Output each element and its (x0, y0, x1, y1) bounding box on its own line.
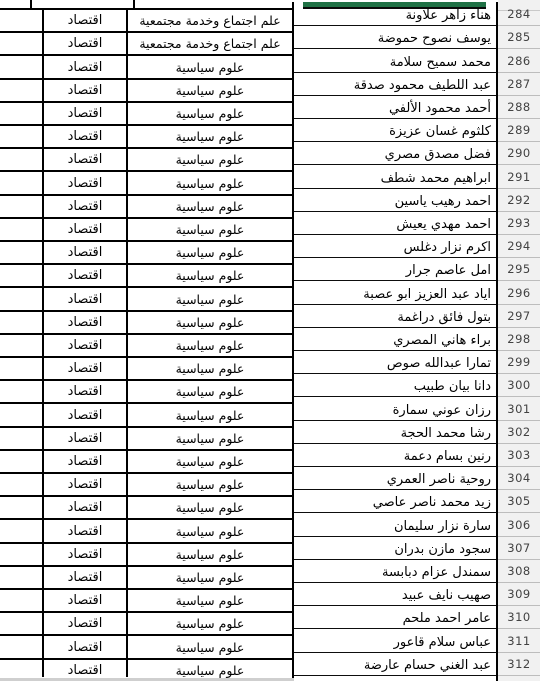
grid-line-horizontal (0, 333, 294, 335)
cell-empty[interactable] (0, 286, 42, 309)
cell-major[interactable]: علوم سياسية (128, 402, 292, 425)
cell-empty[interactable] (0, 634, 42, 657)
grid-line-stub (30, 0, 32, 8)
cell-name[interactable]: صهيب نايف عبيد (294, 583, 496, 606)
grid-line-vertical (292, 2, 294, 681)
grid-line-horizontal (0, 379, 294, 381)
cell-major[interactable]: علوم سياسية (128, 495, 292, 518)
grid-line-horizontal (0, 54, 294, 56)
cell-major[interactable]: علوم سياسية (128, 426, 292, 449)
cell-name[interactable]: رزان عوني سمارة (294, 397, 496, 420)
row-header[interactable]: 310 (498, 606, 540, 629)
cell-faculty[interactable]: اقتصاد (44, 194, 126, 217)
cell-major[interactable]: علوم سياسية (128, 542, 292, 565)
cell-faculty[interactable]: اقتصاد (44, 78, 126, 101)
grid-line-horizontal (0, 78, 294, 80)
row-header[interactable]: 303 (498, 444, 540, 467)
grid-line-horizontal (0, 8, 294, 10)
cell-faculty[interactable]: اقتصاد (44, 402, 126, 425)
row-header[interactable]: 285 (498, 26, 540, 49)
grid-line-horizontal (0, 217, 294, 219)
cell-name[interactable]: رشا محمد الحجة (294, 421, 496, 444)
cell-name[interactable]: اياد عبد العزيز ابو عصبة (294, 281, 496, 304)
cell-name[interactable]: محمد سميح سلامة (294, 49, 496, 72)
cell-faculty[interactable]: اقتصاد (44, 449, 126, 472)
cell-empty[interactable] (0, 101, 42, 124)
grid-line-horizontal (0, 240, 294, 242)
cell-major[interactable]: علوم سياسية (128, 170, 292, 193)
cell-major[interactable]: علوم سياسية (128, 472, 292, 495)
grid-line-horizontal (0, 310, 294, 312)
cell-name[interactable]: بتول فائق دراغمة (294, 305, 496, 328)
cell-name[interactable]: دانا بيان طبيب (294, 374, 496, 397)
cell-empty[interactable] (0, 379, 42, 402)
grid-line-horizontal (0, 611, 294, 613)
grid-line-stub (133, 0, 135, 8)
cell-major[interactable]: علوم سياسية (128, 217, 292, 240)
cell-major[interactable]: علوم سياسية (128, 333, 292, 356)
row-header[interactable]: 286 (498, 49, 540, 72)
cell-empty[interactable] (0, 170, 42, 193)
grid-line-horizontal (0, 472, 294, 474)
cell-faculty[interactable]: اقتصاد (44, 54, 126, 77)
grid-line-vertical (42, 8, 44, 677)
cell-faculty[interactable]: اقتصاد (44, 565, 126, 588)
row-header[interactable]: 312 (498, 653, 540, 676)
cell-major[interactable]: علوم سياسية (128, 449, 292, 472)
cell-major[interactable]: علوم سياسية (128, 194, 292, 217)
cell-name[interactable]: اكرم نزار دغلس (294, 235, 496, 258)
cell-name[interactable]: تمارا عبدالله صوص (294, 351, 496, 374)
row-header[interactable]: 311 (498, 629, 540, 652)
cell-faculty[interactable]: اقتصاد (44, 542, 126, 565)
cell-major[interactable]: علوم سياسية (128, 263, 292, 286)
grid-line-horizontal (0, 147, 294, 149)
row-header[interactable]: 294 (498, 235, 540, 258)
cell-name[interactable]: عبد اللطيف محمود صدقة (294, 73, 496, 96)
grid-line-horizontal (0, 495, 294, 497)
cell-empty[interactable] (0, 402, 42, 425)
cell-major[interactable]: علم اجتماع وخدمة مجتمعية (128, 31, 292, 54)
cell-major[interactable]: علوم سياسية (128, 78, 292, 101)
cell-major[interactable]: علوم سياسية (128, 240, 292, 263)
grid-line-horizontal (0, 31, 294, 33)
cell-name[interactable]: احمد مهدي يعيش (294, 212, 496, 235)
grid-line-vertical (126, 8, 128, 677)
cell-empty[interactable] (0, 310, 42, 333)
cell-faculty[interactable]: اقتصاد (44, 101, 126, 124)
cell-empty[interactable] (0, 263, 42, 286)
cell-faculty[interactable]: اقتصاد (44, 240, 126, 263)
row-header[interactable]: 289 (498, 119, 540, 142)
cell-empty[interactable] (0, 565, 42, 588)
row-header[interactable]: 288 (498, 96, 540, 119)
cell-empty[interactable] (0, 518, 42, 541)
cell-faculty[interactable]: اقتصاد (44, 379, 126, 402)
grid-line-horizontal (0, 658, 294, 660)
cell-faculty[interactable]: اقتصاد (44, 611, 126, 634)
row-header[interactable]: 305 (498, 490, 540, 513)
grid-line-horizontal (0, 402, 294, 404)
cell-major[interactable]: علوم سياسية (128, 518, 292, 541)
row-header[interactable]: 304 (498, 467, 540, 490)
cell-major[interactable]: علوم سياسية (128, 356, 292, 379)
cell-empty[interactable] (0, 426, 42, 449)
cell-empty[interactable] (0, 124, 42, 147)
cell-empty[interactable] (0, 217, 42, 240)
cell-name[interactable]: رنين بسام دعمة (294, 444, 496, 467)
row-header[interactable]: 290 (498, 142, 540, 165)
cell-major[interactable]: علوم سياسية (128, 310, 292, 333)
row-header[interactable]: 287 (498, 73, 540, 96)
grid-line-horizontal (0, 124, 294, 126)
cell-major[interactable]: علوم سياسية (128, 101, 292, 124)
row-header[interactable]: 296 (498, 281, 540, 304)
cell-name[interactable]: ابراهيم محمد شطف (294, 165, 496, 188)
cell-faculty[interactable]: اقتصاد (44, 333, 126, 356)
grid-line-horizontal (0, 170, 294, 172)
row-header[interactable]: 302 (498, 421, 540, 444)
cell-faculty[interactable]: اقتصاد (44, 147, 126, 170)
grid-line-horizontal (0, 449, 294, 451)
cell-empty[interactable] (0, 588, 42, 611)
row-header[interactable]: 299 (498, 351, 540, 374)
cell-name[interactable]: سارة نزار سليمان (294, 513, 496, 536)
cell-faculty[interactable]: اقتصاد (44, 472, 126, 495)
row-header[interactable]: 292 (498, 189, 540, 212)
cell-major[interactable]: علوم سياسية (128, 54, 292, 77)
cell-faculty[interactable]: اقتصاد (44, 588, 126, 611)
cell-empty[interactable] (0, 78, 42, 101)
cell-major[interactable]: علوم سياسية (128, 565, 292, 588)
cell-major[interactable]: علوم سياسية (128, 588, 292, 611)
cell-faculty[interactable]: اقتصاد (44, 634, 126, 657)
grid-line-vertical (496, 2, 498, 681)
cell-name[interactable]: براء هاني المصري (294, 328, 496, 351)
sheet-edge (0, 678, 294, 681)
cell-empty[interactable] (0, 495, 42, 518)
grid-line-horizontal (0, 101, 294, 103)
cell-faculty[interactable]: اقتصاد (44, 426, 126, 449)
cell-faculty[interactable]: اقتصاد (44, 31, 126, 54)
row-header[interactable]: 284 (498, 3, 540, 26)
grid-line-horizontal (0, 194, 294, 196)
cell-major[interactable]: علوم سياسية (128, 286, 292, 309)
row-header[interactable]: 293 (498, 212, 540, 235)
grid-line-horizontal (0, 426, 294, 428)
cell-faculty[interactable]: اقتصاد (44, 8, 126, 31)
cell-name[interactable]: امل عاصم جرار (294, 258, 496, 281)
grid-line-horizontal (0, 518, 294, 520)
cell-name[interactable]: سمندل عزام دبابسة (294, 560, 496, 583)
selection-highlight[interactable] (303, 2, 486, 9)
cell-name[interactable]: عباس سلام قاعور (294, 629, 496, 652)
cell-name[interactable]: عامر احمد ملحم (294, 606, 496, 629)
cell-name[interactable]: كلثوم غسان عزيزة (294, 119, 496, 142)
cell-empty[interactable] (0, 31, 42, 54)
row-header[interactable]: 291 (498, 165, 540, 188)
cell-empty[interactable] (0, 449, 42, 472)
grid-line-horizontal (0, 356, 294, 358)
cell-major[interactable]: علوم سياسية (128, 379, 292, 402)
row-header[interactable]: 307 (498, 537, 540, 560)
cell-empty[interactable] (0, 356, 42, 379)
cell-major[interactable]: علوم سياسية (128, 124, 292, 147)
grid-line-horizontal (0, 634, 294, 636)
cell-name[interactable]: عبد الغني حسام عارضة (294, 653, 496, 676)
cell-name[interactable]: أحمد محمود الألفي (294, 96, 496, 119)
cell-faculty[interactable]: اقتصاد (44, 356, 126, 379)
row-header[interactable]: 300 (498, 374, 540, 397)
cell-faculty[interactable]: اقتصاد (44, 170, 126, 193)
grid-line-horizontal (0, 588, 294, 590)
grid-line-horizontal (0, 565, 294, 567)
cell-empty[interactable] (0, 333, 42, 356)
cell-faculty[interactable]: اقتصاد (44, 124, 126, 147)
grid-line-horizontal (0, 286, 294, 288)
row-header[interactable]: 301 (498, 397, 540, 420)
cell-faculty[interactable]: اقتصاد (44, 310, 126, 333)
row-header[interactable]: 306 (498, 513, 540, 536)
cell-empty[interactable] (0, 611, 42, 634)
cell-empty[interactable] (0, 54, 42, 77)
row-header[interactable]: 309 (498, 583, 540, 606)
cell-name[interactable]: احمد رهيب ياسين (294, 189, 496, 212)
cell-name[interactable]: روحية ناصر العمري (294, 467, 496, 490)
row-header[interactable]: 308 (498, 560, 540, 583)
grid-line-horizontal (0, 542, 294, 544)
cell-faculty[interactable]: اقتصاد (44, 286, 126, 309)
cell-major[interactable]: علوم سياسية (128, 147, 292, 170)
cell-empty[interactable] (0, 147, 42, 170)
cell-name[interactable]: فضل مصدق مصري (294, 142, 496, 165)
row-header[interactable]: 297 (498, 305, 540, 328)
grid-line-horizontal (0, 263, 294, 265)
spreadsheet: اقتصادعلم اجتماع وخدمة مجتمعيةهناء زاهر … (0, 0, 540, 681)
cell-faculty[interactable]: اقتصاد (44, 263, 126, 286)
cell-name[interactable]: سجود مازن بدران (294, 537, 496, 560)
cell-name[interactable]: زيد محمد ناصر عاصي (294, 490, 496, 513)
cell-faculty[interactable]: اقتصاد (44, 495, 126, 518)
cell-empty[interactable] (0, 472, 42, 495)
cell-faculty[interactable]: اقتصاد (44, 518, 126, 541)
cell-faculty[interactable]: اقتصاد (44, 217, 126, 240)
cell-empty[interactable] (0, 194, 42, 217)
row-header[interactable]: 295 (498, 258, 540, 281)
cell-major[interactable]: علوم سياسية (128, 611, 292, 634)
cell-major[interactable]: علم اجتماع وخدمة مجتمعية (128, 8, 292, 31)
cell-empty[interactable] (0, 8, 42, 31)
cell-major[interactable]: علوم سياسية (128, 634, 292, 657)
row-header[interactable]: 298 (498, 328, 540, 351)
cell-empty[interactable] (0, 240, 42, 263)
cell-empty[interactable] (0, 542, 42, 565)
cell-name[interactable]: يوسف نصوح حموضة (294, 26, 496, 49)
